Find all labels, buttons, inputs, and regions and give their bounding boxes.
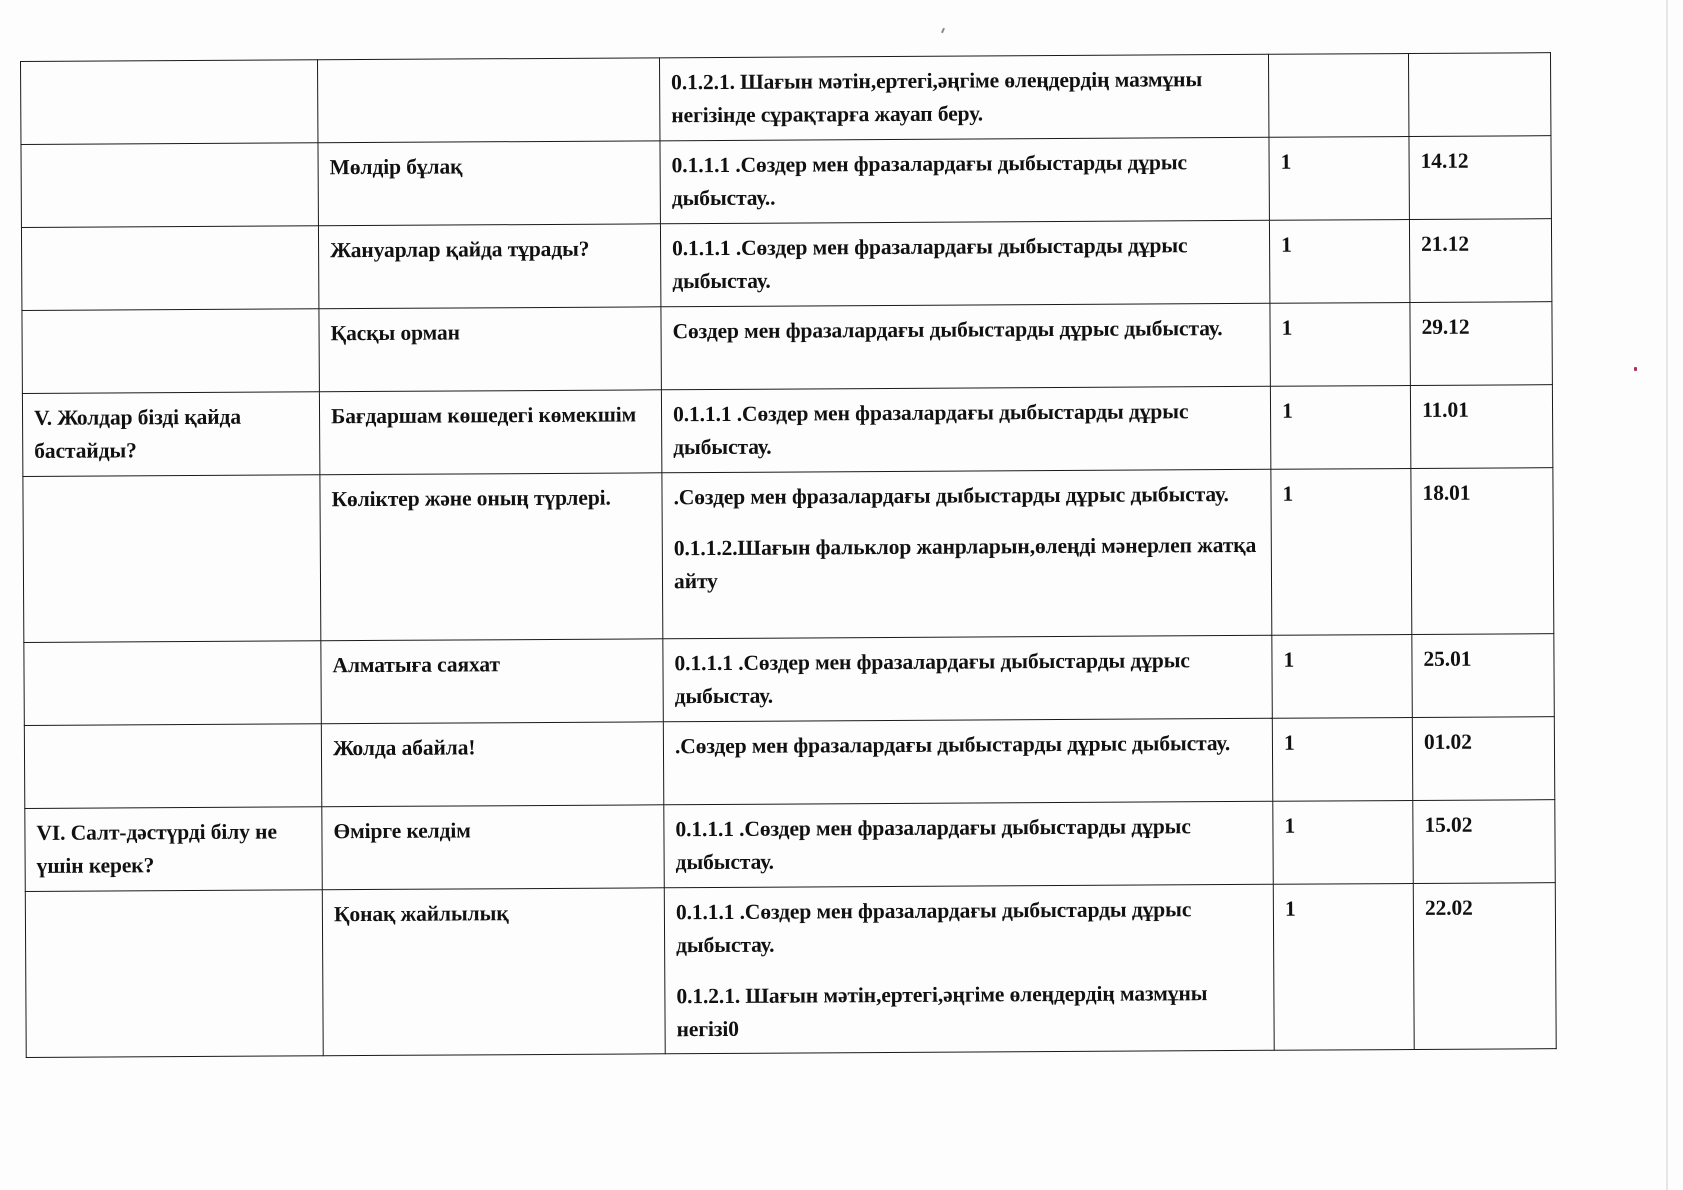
learning-objective: 0.1.1.1 .Сөздер мен фразалардағы дыбыста…: [674, 644, 1261, 713]
section-cell: [24, 724, 321, 809]
date-cell: 01.02: [1412, 717, 1554, 801]
table-row: Қасқы орман Сөздер мен фразалардағы дыбы…: [22, 302, 1552, 394]
table-row: VI. Салт-дәстүрді білу не үшін керек? Өм…: [25, 800, 1555, 892]
section-cell: V. Жолдар бізді қайда бастайды?: [22, 392, 319, 477]
date-cell: [1408, 53, 1550, 137]
lesson-topic-cell: Көліктер және оның түрлері.: [320, 473, 663, 641]
objectives-cell: 0.1.1.1 .Сөздер мен фразалардағы дыбыста…: [660, 137, 1269, 224]
objectives-cell: 0.1.1.1 .Сөздер мен фразалардағы дыбыста…: [663, 635, 1272, 722]
lesson-topic-cell: Жануарлар қайда тұрады?: [318, 224, 660, 309]
date-cell: 14.12: [1409, 136, 1551, 220]
objectives-cell: Сөздер мен фразалардағы дыбыстарды дұрыс…: [661, 303, 1270, 390]
objectives-cell: 0.1.1.1 .Сөздер мен фразалардағы дыбыста…: [664, 884, 1274, 1054]
lesson-topic-cell: Өмірге келдім: [322, 805, 664, 890]
hours-cell: 1: [1273, 800, 1413, 884]
scan-edge-line: [1666, 0, 1668, 1190]
lesson-topic-cell: Қасқы орман: [319, 307, 661, 392]
learning-objective: 0.1.2.1. Шағын мәтін,ертегі,әңгіме өлеңд…: [676, 977, 1263, 1046]
hours-cell: 1: [1270, 385, 1410, 469]
hours-cell: 1: [1270, 302, 1410, 386]
date-cell: 15.02: [1413, 800, 1555, 884]
table-row: Мөлдір бұлақ 0.1.1.1 .Сөздер мен фразала…: [21, 136, 1551, 228]
objectives-cell: .Сөздер мен фразалардағы дыбыстарды дұры…: [663, 718, 1272, 805]
objectives-cell: .Сөздер мен фразалардағы дыбыстарды дұры…: [662, 469, 1272, 639]
table-row: Жануарлар қайда тұрады? 0.1.1.1 .Сөздер …: [21, 219, 1551, 311]
lesson-topic-cell: Қонақ жайлылық: [322, 888, 665, 1056]
table-row: 0.1.2.1. Шағын мәтін,ертегі,әңгіме өлеңд…: [21, 53, 1551, 145]
lesson-topic-cell: Алматыға саяхат: [321, 639, 663, 724]
date-cell: 29.12: [1410, 302, 1552, 386]
section-cell: VI. Салт-дәстүрді білу не үшін керек?: [25, 807, 322, 892]
section-cell: [24, 641, 321, 726]
hours-cell: [1268, 54, 1408, 138]
learning-objective: 0.1.1.1 .Сөздер мен фразалардағы дыбыста…: [673, 395, 1260, 464]
section-cell: [21, 226, 318, 311]
date-cell: 18.01: [1411, 468, 1554, 635]
learning-objective: 0.1.1.1 .Сөздер мен фразалардағы дыбыста…: [672, 229, 1259, 298]
learning-objective: 0.1.1.1 .Сөздер мен фразалардағы дыбыста…: [675, 810, 1262, 879]
table-row: Көліктер және оның түрлері. .Сөздер мен …: [23, 468, 1554, 643]
objectives-cell: 0.1.2.1. Шағын мәтін,ертегі,әңгіме өлеңд…: [659, 54, 1268, 141]
learning-objective: .Сөздер мен фразалардағы дыбыстарды дұры…: [675, 727, 1262, 763]
hours-cell: 1: [1273, 883, 1414, 1050]
lesson-topic-cell: [317, 58, 659, 143]
section-cell: [21, 60, 318, 145]
table-row: Қонақ жайлылық 0.1.1.1 .Сөздер мен фраза…: [25, 883, 1556, 1058]
lesson-topic-cell: Бағдаршам көшедегі көмекшім: [319, 390, 661, 475]
date-cell: 22.02: [1413, 883, 1556, 1050]
table-row: V. Жолдар бізді қайда бастайды? Бағдарша…: [22, 385, 1552, 477]
table-row: Жолда абайла! .Сөздер мен фразалардағы д…: [24, 717, 1554, 809]
hours-cell: 1: [1272, 717, 1412, 801]
lesson-topic-cell: Мөлдір бұлақ: [318, 141, 660, 226]
section-cell: [22, 309, 319, 394]
section-cell: [21, 143, 318, 228]
hours-cell: 1: [1271, 468, 1412, 635]
objectives-cell: 0.1.1.1 .Сөздер мен фразалардағы дыбыста…: [661, 386, 1270, 473]
learning-objective: 0.1.1.1 .Сөздер мен фразалардағы дыбыста…: [676, 893, 1263, 962]
date-cell: 11.01: [1410, 385, 1552, 469]
table-body: 0.1.2.1. Шағын мәтін,ертегі,әңгіме өлеңд…: [21, 53, 1557, 1058]
scan-speck: [941, 28, 945, 33]
hours-cell: 1: [1272, 634, 1412, 718]
scanned-page: 0.1.2.1. Шағын мәтін,ертегі,әңгіме өлеңд…: [0, 0, 1683, 1190]
hours-cell: 1: [1269, 137, 1409, 221]
hours-cell: 1: [1269, 220, 1409, 304]
date-cell: 25.01: [1412, 634, 1554, 718]
lesson-plan-table-container: 0.1.2.1. Шағын мәтін,ертегі,әңгіме өлеңд…: [20, 52, 1557, 1058]
objectives-cell: 0.1.1.1 .Сөздер мен фразалардағы дыбыста…: [660, 220, 1269, 307]
section-cell: [23, 475, 321, 643]
lesson-plan-table: 0.1.2.1. Шағын мәтін,ертегі,әңгіме өлеңд…: [20, 52, 1557, 1058]
table-row: Алматыға саяхат 0.1.1.1 .Сөздер мен фраз…: [24, 634, 1554, 726]
date-cell: 21.12: [1409, 219, 1551, 303]
scan-speck-red: [1634, 367, 1637, 371]
learning-objective: .Сөздер мен фразалардағы дыбыстарды дұры…: [673, 478, 1260, 514]
learning-objective: Сөздер мен фразалардағы дыбыстарды дұрыс…: [672, 312, 1259, 348]
learning-objective: 0.1.2.1. Шағын мәтін,ертегі,әңгіме өлеңд…: [671, 63, 1258, 132]
learning-objective: 0.1.1.1 .Сөздер мен фразалардағы дыбыста…: [672, 146, 1259, 215]
section-cell: [25, 890, 323, 1058]
lesson-topic-cell: Жолда абайла!: [321, 722, 663, 807]
objectives-cell: 0.1.1.1 .Сөздер мен фразалардағы дыбыста…: [664, 801, 1273, 888]
learning-objective: 0.1.1.2.Шағын фальклор жанрларын,өлеңді …: [674, 529, 1261, 598]
